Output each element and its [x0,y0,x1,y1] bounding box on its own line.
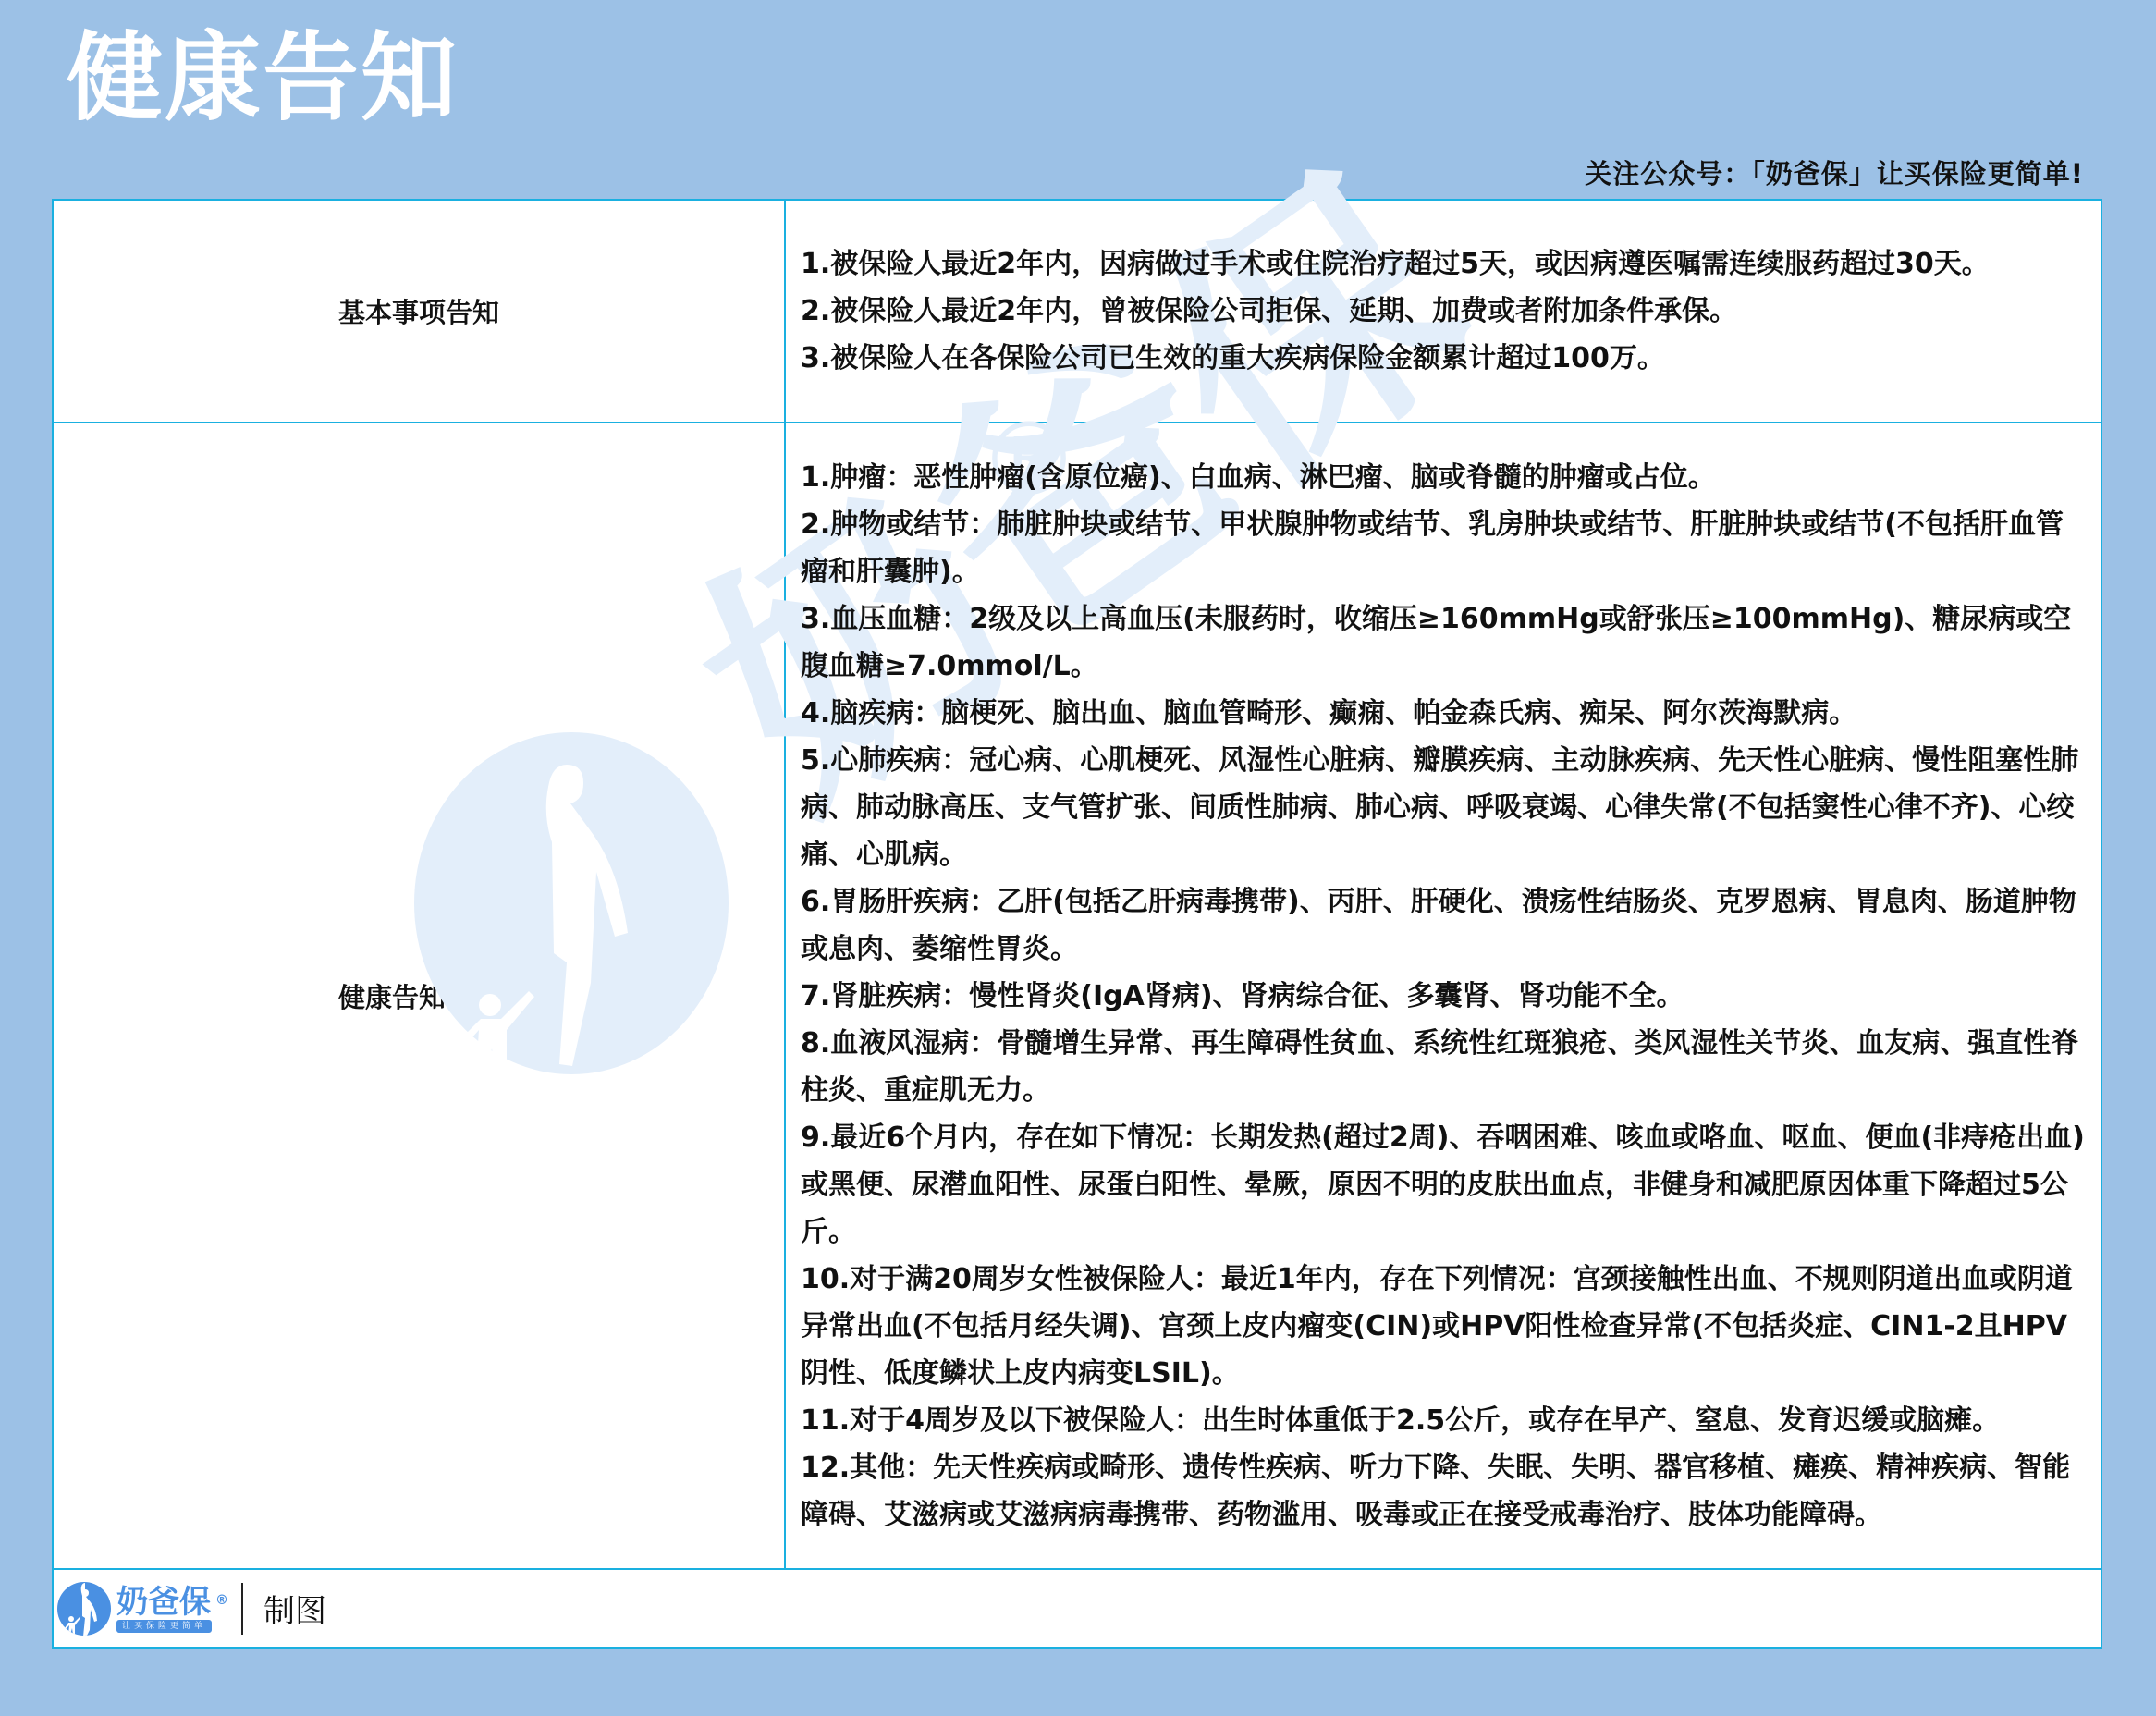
list-item: 12.其他：先天性疾病或畸形、遗传性疾病、听力下降、失眠、失明、器官移植、瘫痪、… [801,1444,2088,1538]
row-content: 1.肿瘤：恶性肿瘤(含原位癌)、白血病、淋巴瘤、脑或脊髓的肿瘤或占位。 2.肿物… [786,423,2101,1568]
brand-name: 奶爸保® [116,1585,212,1620]
footer: 奶爸保® 让买保险更简单 制图 [54,1570,2101,1647]
parent-child-silhouette-icon [57,1582,111,1636]
list-item: 1.被保险人最近2年内，因病做过手术或住院治疗超过5天，或因病遵医嘱需连续服药超… [801,240,2088,288]
table-row-health: 健康告知事项 1.肿瘤：恶性肿瘤(含原位癌)、白血病、淋巴瘤、脑或脊髓的肿瘤或占… [54,423,2101,1570]
brand-slogan: 让买保险更简单 [116,1620,212,1633]
list-item: 2.被保险人最近2年内，曾被保险公司拒保、延期、加费或者附加条件承保。 [801,288,2088,335]
list-item: 8.血液风湿病：骨髓增生异常、再生障碍性贫血、系统性红斑狼疮、类风湿性关节炎、血… [801,1020,2088,1114]
list-item: 11.对于4周岁及以下被保险人：出生时体重低于2.5公斤，或存在早产、窒息、发育… [801,1397,2088,1444]
row-label: 健康告知事项 [54,423,786,1568]
health-notice-table: 奶爸保 ® 基本事项告知 1.被保险人最近2年内，因病做过手术或住院治疗超过5天… [52,199,2102,1649]
footer-divider [241,1583,243,1635]
table-row-basic: 基本事项告知 1.被保险人最近2年内，因病做过手术或住院治疗超过5天，或因病遵医… [54,201,2101,423]
brand-logo: 奶爸保® 让买保险更简单 [57,1582,212,1636]
row-label: 基本事项告知 [54,201,786,422]
list-item: 5.心肺疾病：冠心病、心肌梗死、风湿性心脏病、瓣膜疾病、主动脉疾病、先天性心脏病… [801,737,2088,878]
follow-account-text: 关注公众号：「奶爸保」让买保险更简单! [1585,153,2084,191]
list-item: 4.脑疾病：脑梗死、脑出血、脑血管畸形、癫痫、帕金森氏病、痴呆、阿尔茨海默病。 [801,690,2088,737]
page-title: 健康告知 [67,20,459,136]
row-content: 1.被保险人最近2年内，因病做过手术或住院治疗超过5天，或因病遵医嘱需连续服药超… [786,201,2101,422]
list-item: 6.胃肠肝疾病：乙肝(包括乙肝病毒携带)、丙肝、肝硬化、溃疡性结肠炎、克罗恩病、… [801,878,2088,973]
list-item: 9.最近6个月内，存在如下情况：长期发热(超过2周)、吞咽困难、咳血或咯血、呕血… [801,1114,2088,1256]
list-item: 1.肿瘤：恶性肿瘤(含原位癌)、白血病、淋巴瘤、脑或脊髓的肿瘤或占位。 [801,454,2088,501]
list-item: 2.肿物或结节：肺脏肿块或结节、甲状腺肿物或结节、乳房肿块或结节、肝脏肿块或结节… [801,501,2088,595]
list-item: 7.肾脏疾病：慢性肾炎(IgA肾病)、肾病综合征、多囊肾、肾功能不全。 [801,973,2088,1020]
list-item: 3.被保险人在各保险公司已生效的重大疾病保险金额累计超过100万。 [801,335,2088,382]
list-item: 3.血压血糖：2级及以上高血压(未服药时，收缩压≥160mmHg或舒张压≥100… [801,595,2088,690]
list-item: 10.对于满20周岁女性被保险人：最近1年内，存在下列情况：宫颈接触性出血、不规… [801,1256,2088,1397]
made-by-label: 制图 [263,1586,326,1631]
